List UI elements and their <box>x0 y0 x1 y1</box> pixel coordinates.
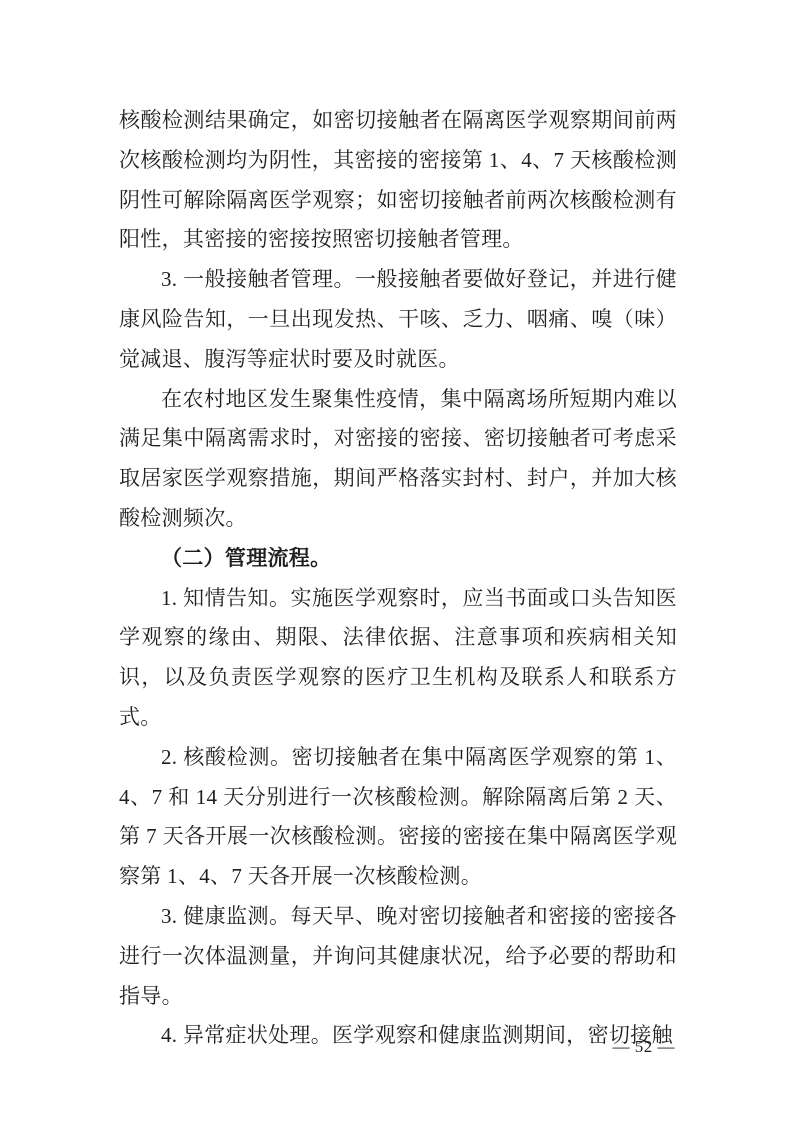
paragraph: 核酸检测结果确定，如密切接触者在隔离医学观察期间前两次核酸检测均为阴性，其密接的… <box>119 101 677 260</box>
paragraph: 3. 健康监测。每天早、晚对密切接触者和密接的密接各进行一次体温测量，并询问其健… <box>119 897 677 1016</box>
document-page: 核酸检测结果确定，如密切接触者在隔离医学观察期间前两次核酸检测均为阴性，其密接的… <box>0 0 793 1122</box>
paragraph: 1. 知情告知。实施医学观察时，应当书面或口头告知医学观察的缘由、期限、法律依据… <box>119 579 677 738</box>
paragraph: 3. 一般接触者管理。一般接触者要做好登记，并进行健康风险告知，一旦出现发热、干… <box>119 260 677 379</box>
paragraph: 2. 核酸检测。密切接触者在集中隔离医学观察的第 1、4、7 和 14 天分别进… <box>119 738 677 897</box>
paragraph: 在农村地区发生聚集性疫情，集中隔离场所短期内难以满足集中隔离需求时，对密接的密接… <box>119 380 677 539</box>
paragraph: 4. 异常症状处理。医学观察和健康监测期间，密切接触 <box>119 1016 677 1056</box>
page-number: — 52 — <box>613 1037 676 1057</box>
section-heading: （二）管理流程。 <box>119 539 677 579</box>
document-text-block: 核酸检测结果确定，如密切接触者在隔离医学观察期间前两次核酸检测均为阴性，其密接的… <box>119 101 677 1056</box>
